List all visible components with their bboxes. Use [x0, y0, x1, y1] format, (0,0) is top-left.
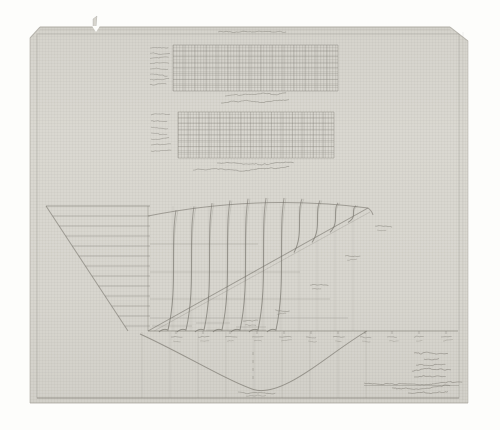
upper-data-table — [150, 45, 338, 91]
lower-table-title-caption — [221, 100, 289, 103]
body-plan-drawing — [148, 198, 458, 332]
scan-background — [0, 0, 500, 430]
sheet-edge-lines — [30, 27, 468, 403]
lower-table-footer-caption-2 — [193, 166, 289, 171]
pencil-drawing-layer — [0, 0, 500, 430]
left-triangle-diagram — [46, 206, 150, 331]
lower-data-table — [151, 112, 334, 158]
upper-table-footer-caption — [225, 93, 286, 96]
station-tick-labels — [171, 331, 453, 342]
title-block — [364, 352, 462, 393]
sheet-title-caption — [218, 31, 286, 32]
lower-table-footer-caption-1 — [217, 162, 294, 165]
